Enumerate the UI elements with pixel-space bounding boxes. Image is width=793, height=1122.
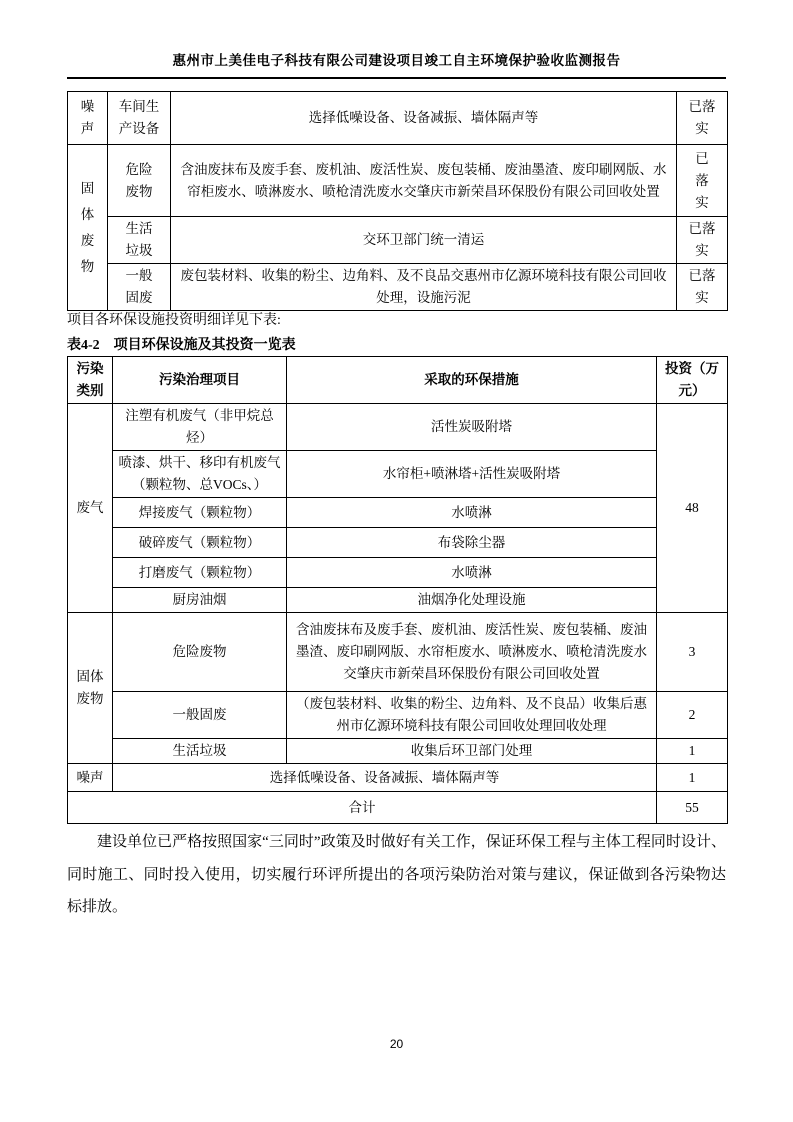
status-cell: 已落实	[677, 92, 728, 145]
status-cell: 已落实	[677, 264, 728, 311]
investment-cell: 1	[657, 764, 728, 792]
table-row: 焊接废气（颗粒物） 水喷淋	[68, 498, 728, 528]
header-item: 污染治理项目	[113, 357, 287, 404]
category-cell-noise: 噪声	[68, 92, 108, 145]
header-title: 惠州市上美佳电子科技有限公司建设项目竣工自主环境保护验收监测报告	[173, 53, 621, 68]
measure-cell: 水喷淋	[287, 558, 657, 588]
investment-cell: 3	[657, 613, 728, 692]
page-header: 惠州市上美佳电子科技有限公司建设项目竣工自主环境保护验收监测报告	[67, 49, 726, 79]
measure-cell: 选择低噪设备、设备减振、墙体隔声等	[113, 764, 657, 792]
measure-cell: 水喷淋	[287, 498, 657, 528]
intro-text: 项目各环保设施投资明细详见下表:	[67, 309, 726, 329]
measure-cell: 水帘柜+喷淋塔+活性炭吸附塔	[287, 451, 657, 498]
total-label-cell: 合计	[68, 792, 657, 824]
measure-cell: 交环卫部门统一清运	[171, 217, 677, 264]
measure-cell: 油烟净化处理设施	[287, 588, 657, 613]
table-row: 喷漆、烘干、移印有机废气（颗粒物、总VOCs、） 水帘柜+喷淋塔+活性炭吸附塔	[68, 451, 728, 498]
measure-cell: 含油废抹布及废手套、废机油、废活性炭、废包装桶、废油墨渣、废印刷网版、水帘柜废水…	[171, 145, 677, 217]
category-cell-waste-gas: 废气	[68, 404, 113, 613]
table-row: 打磨废气（颗粒物） 水喷淋	[68, 558, 728, 588]
table-row: 废气 注塑有机废气（非甲烷总烃） 活性炭吸附塔 48	[68, 404, 728, 451]
item-cell: 车间生产设备	[108, 92, 171, 145]
item-cell: 厨房油烟	[113, 588, 287, 613]
table-row: 固体废物 危险废物 含油废抹布及废手套、废机油、废活性炭、废包装桶、废油墨渣、废…	[68, 613, 728, 692]
item-cell: 一般固废	[113, 692, 287, 739]
status-cell: 已落实	[677, 217, 728, 264]
table-row: 一般固废 （废包装材料、收集的粉尘、边角料、及不良品）收集后惠州市亿源环境科技有…	[68, 692, 728, 739]
measure-cell: 活性炭吸附塔	[287, 404, 657, 451]
investment-cell: 2	[657, 692, 728, 739]
measure-cell: （废包装材料、收集的粉尘、边角料、及不良品）收集后惠州市亿源环境科技有限公司回收…	[287, 692, 657, 739]
item-cell: 危险废物	[113, 613, 287, 692]
total-investment-cell: 55	[657, 792, 728, 824]
page-number: 20	[0, 1037, 793, 1051]
header-measure: 采取的环保措施	[287, 357, 657, 404]
header-investment: 投资（万元）	[657, 357, 728, 404]
document-page: 惠州市上美佳电子科技有限公司建设项目竣工自主环境保护验收监测报告 噪声 车间生产…	[0, 0, 793, 1122]
investment-table: 污染类别 污染治理项目 采取的环保措施 投资（万元） 废气 注塑有机废气（非甲烷…	[67, 356, 728, 824]
table-row: 固体废物 危险废物 含油废抹布及废手套、废机油、废活性炭、废包装桶、废油墨渣、废…	[68, 145, 728, 217]
investment-cell: 48	[657, 404, 728, 613]
item-cell: 破碎废气（颗粒物）	[113, 528, 287, 558]
measures-status-table: 噪声 车间生产设备 选择低噪设备、设备减振、墙体隔声等 已落实 固体废物 危险废…	[67, 91, 728, 311]
item-cell: 打磨废气（颗粒物）	[113, 558, 287, 588]
category-cell-solid-waste: 固体废物	[68, 145, 108, 311]
measure-cell: 选择低噪设备、设备减振、墙体隔声等	[171, 92, 677, 145]
status-cell: 已落实	[677, 145, 728, 217]
item-cell: 一般固废	[108, 264, 171, 311]
closing-paragraph: 建设单位已严格按照国家“三同时”政策及时做好有关工作，保证环保工程与主体工程同时…	[67, 826, 726, 924]
table-row: 厨房油烟 油烟净化处理设施	[68, 588, 728, 613]
item-cell: 喷漆、烘干、移印有机废气（颗粒物、总VOCs、）	[113, 451, 287, 498]
investment-cell: 1	[657, 739, 728, 764]
measure-cell: 废包装材料、收集的粉尘、边角料、及不良品交惠州市亿源环境科技有限公司回收处理，设…	[171, 264, 677, 311]
item-cell: 生活垃圾	[108, 217, 171, 264]
measure-cell: 布袋除尘器	[287, 528, 657, 558]
item-cell: 焊接废气（颗粒物）	[113, 498, 287, 528]
table-row: 噪声 选择低噪设备、设备减振、墙体隔声等 1	[68, 764, 728, 792]
item-cell: 危险废物	[108, 145, 171, 217]
item-cell: 生活垃圾	[113, 739, 287, 764]
table-row: 破碎废气（颗粒物） 布袋除尘器	[68, 528, 728, 558]
header-category: 污染类别	[68, 357, 113, 404]
table-row: 噪声 车间生产设备 选择低噪设备、设备减振、墙体隔声等 已落实	[68, 92, 728, 145]
table-caption: 表4-2 项目环保设施及其投资一览表	[67, 334, 726, 354]
table-row: 生活垃圾 交环卫部门统一清运 已落实	[68, 217, 728, 264]
table-row: 生活垃圾 收集后环卫部门处理 1	[68, 739, 728, 764]
table-total-row: 合计 55	[68, 792, 728, 824]
category-cell-noise: 噪声	[68, 764, 113, 792]
category-cell-solid-waste: 固体废物	[68, 613, 113, 764]
item-cell: 注塑有机废气（非甲烷总烃）	[113, 404, 287, 451]
measure-cell: 收集后环卫部门处理	[287, 739, 657, 764]
table-row: 一般固废 废包装材料、收集的粉尘、边角料、及不良品交惠州市亿源环境科技有限公司回…	[68, 264, 728, 311]
measure-cell: 含油废抹布及废手套、废机油、废活性炭、废包装桶、废油墨渣、废印刷网版、水帘柜废水…	[287, 613, 657, 692]
table-header-row: 污染类别 污染治理项目 采取的环保措施 投资（万元）	[68, 357, 728, 404]
